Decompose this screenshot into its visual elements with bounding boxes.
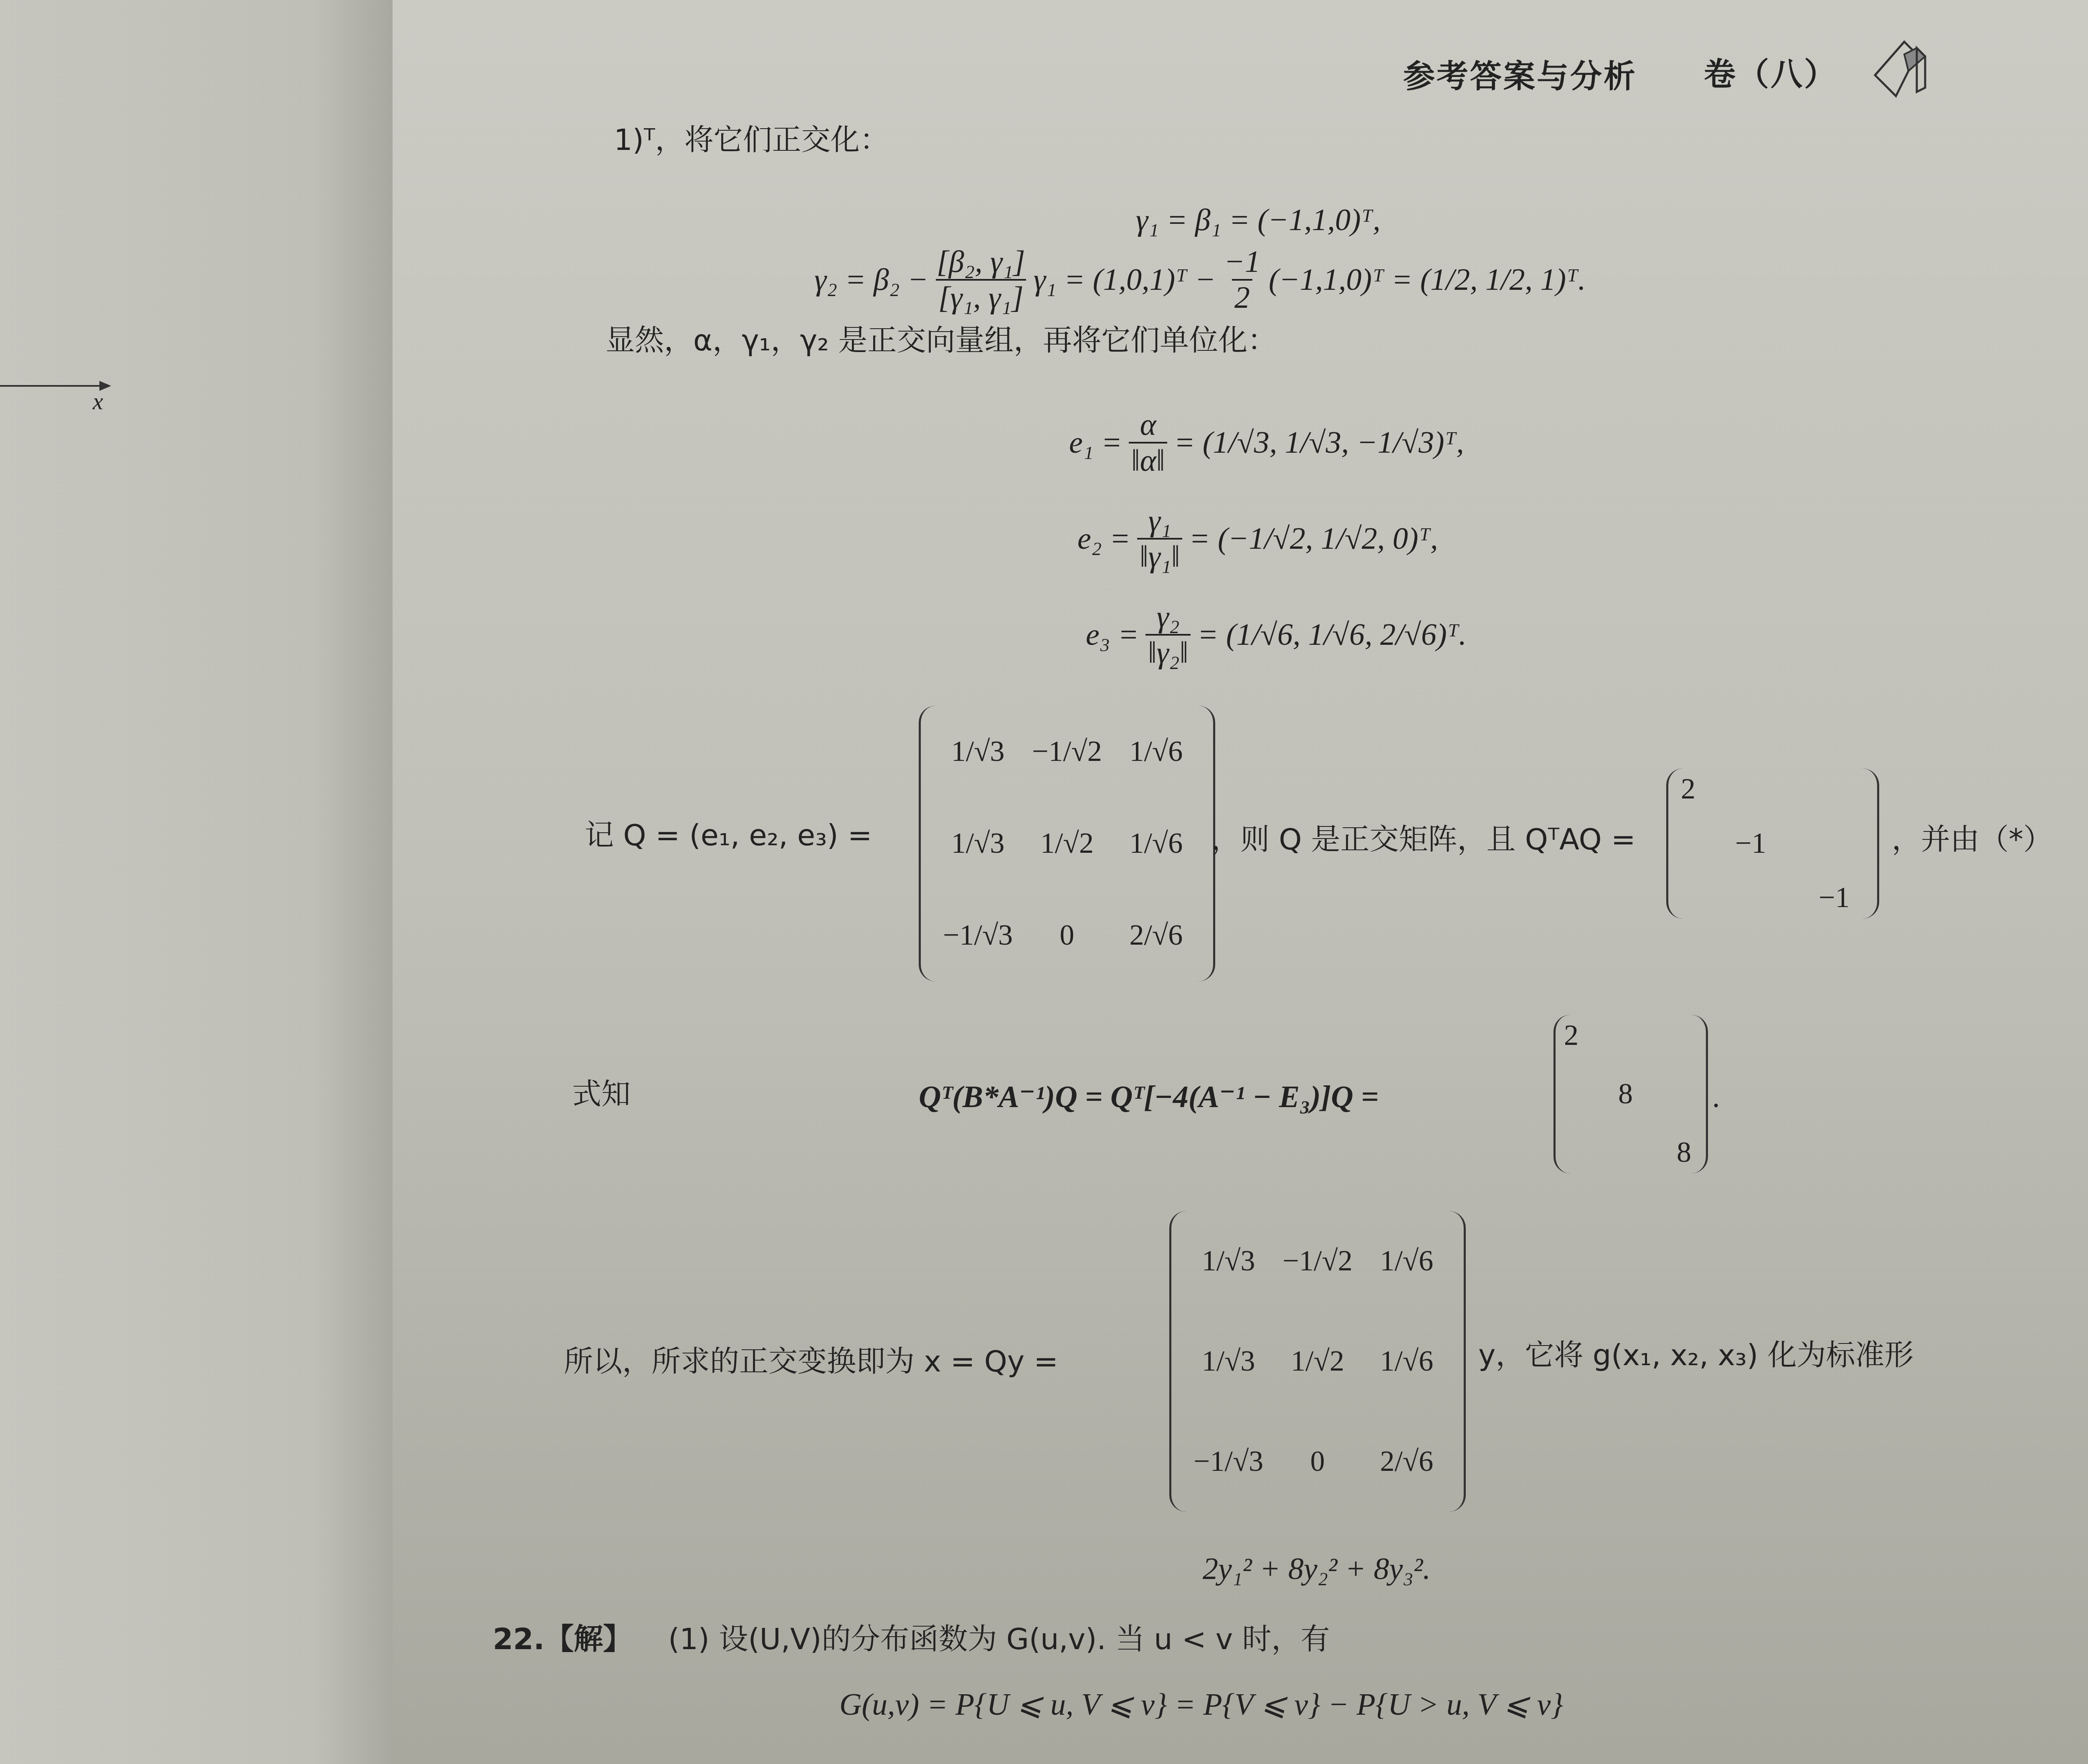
matrix-cell: 8 xyxy=(1677,1136,1691,1169)
x-axis-label: x xyxy=(93,388,103,415)
matrix-cell: 2/√6 xyxy=(1380,1445,1433,1478)
gamma2-coefficient: −1 2 xyxy=(1221,246,1263,313)
qtbq-equation: Qᵀ(B*A⁻¹)Q = Qᵀ[−4(A⁻¹ − E₃)]Q = xyxy=(919,1082,1378,1113)
qtbq-period: . xyxy=(1712,1082,1720,1113)
matrix-cell: 1/√6 xyxy=(1380,1345,1433,1378)
matrix-cell: 0 xyxy=(1310,1445,1325,1478)
matrix-cell: 1/√2 xyxy=(1291,1345,1344,1378)
matrix-cell: 1/√2 xyxy=(1040,827,1094,860)
matrix-cell: −1/√3 xyxy=(1194,1445,1263,1478)
matrix-cell: −1/√2 xyxy=(1282,1244,1352,1278)
folded-paper-logo-icon xyxy=(1871,38,1971,100)
gamma2-equation: γ₂ = β₂ − [β₂, γ₁] [γ₁, γ₁] γ₁ = (1,0,1)… xyxy=(814,246,1586,313)
x-axis-line xyxy=(0,385,104,387)
question-22-equation: G(u,v) = P{U ⩽ u, V ⩽ v} = P{V ⩽ v} − P{… xyxy=(839,1689,1563,1720)
matrix-cell: 2/√6 xyxy=(1129,919,1183,952)
matrix-cell: 8 xyxy=(1618,1077,1633,1111)
e1-equation: e₁ = α‖α‖ = (1/√3, 1/√3, −1/√3)ᵀ, xyxy=(1069,409,1464,476)
qtaq-diagonal-matrix: 2 −1 −1 xyxy=(1666,768,1879,919)
gamma2-lhs: γ₂ = β₂ − xyxy=(814,264,928,295)
matrix-cell: 1/√6 xyxy=(1129,735,1183,768)
matrix-cell: 1/√6 xyxy=(1380,1244,1433,1278)
matrix-cell: 2 xyxy=(1681,773,1695,806)
q-matrix: 1/√3 −1/√2 1/√6 1/√3 1/√2 1/√6 −1/√3 0 2… xyxy=(919,706,1215,981)
matrix-cell: 1/√3 xyxy=(1202,1345,1255,1378)
matrix-cell: 2 xyxy=(1564,1019,1579,1052)
matrix-cell: −1 xyxy=(1735,827,1766,860)
left-page: x xyxy=(0,0,394,1764)
q-definition-prefix: 记 Q = (e₁, e₂, e₃) = xyxy=(585,821,872,850)
matrix-cell: 1/√3 xyxy=(1202,1244,1255,1278)
matrix-cell: 0 xyxy=(1059,919,1074,952)
shizhi-label: 式知 xyxy=(572,1080,631,1109)
transform-q-matrix: 1/√3 −1/√2 1/√6 1/√3 1/√2 1/√6 −1/√3 0 2… xyxy=(1169,1211,1466,1512)
transform-suffix: y，它将 g(x₁, x₂, x₃) 化为标准形 xyxy=(1478,1341,1913,1370)
matrix-cell: 1/√3 xyxy=(951,827,1005,860)
header-volume: 卷（八） xyxy=(1704,58,1837,90)
gamma2-fraction: [β₂, γ₁] [γ₁, γ₁] xyxy=(934,246,1028,313)
gamma2-rest: (−1,1,0)ᵀ = (1/2, 1/2, 1)ᵀ. xyxy=(1269,264,1586,295)
q-definition-suffix: ，并由（*） xyxy=(1892,825,2053,854)
qtbq-diagonal-matrix: 2 8 8 xyxy=(1553,1015,1708,1173)
orthogonal-statement: 显然，α，γ₁，γ₂ 是正交向量组，再将它们单位化： xyxy=(606,326,1277,355)
e3-equation: e₃ = γ₂‖γ₂‖ = (1/√6, 1/√6, 2/√6)ᵀ. xyxy=(1086,601,1467,668)
question-22-text: (1) 设(U,V)的分布函数为 G(u,v). 当 u < v 时，有 xyxy=(668,1625,1330,1654)
intro-line: 1)ᵀ，将它们正交化： xyxy=(614,125,889,155)
matrix-cell: −1/√3 xyxy=(943,919,1013,952)
matrix-cell: −1/√2 xyxy=(1032,735,1102,768)
transform-prefix: 所以，所求的正交变换即为 x = Qy = xyxy=(564,1347,1058,1376)
matrix-cell: 1/√6 xyxy=(1129,827,1183,860)
e2-equation: e₂ = γ₁‖γ₁‖ = (−1/√2, 1/√2, 0)ᵀ, xyxy=(1077,505,1438,572)
gamma1-equation: γ₁ = β₁ = (−1,1,0)ᵀ, xyxy=(1136,205,1381,236)
matrix-cell: −1 xyxy=(1819,881,1850,915)
matrix-cell: 1/√3 xyxy=(951,735,1005,768)
question-22-label: 22.【解】 xyxy=(493,1625,632,1654)
q-definition-mid: ，则 Q 是正交矩阵，且 QᵀAQ = xyxy=(1211,825,1636,854)
gamma2-mid: γ₁ = (1,0,1)ᵀ − xyxy=(1034,264,1216,295)
header-title: 参考答案与分析 xyxy=(1403,61,1637,92)
standard-form: 2y₁² + 8y₂² + 8y₃². xyxy=(1203,1554,1431,1584)
